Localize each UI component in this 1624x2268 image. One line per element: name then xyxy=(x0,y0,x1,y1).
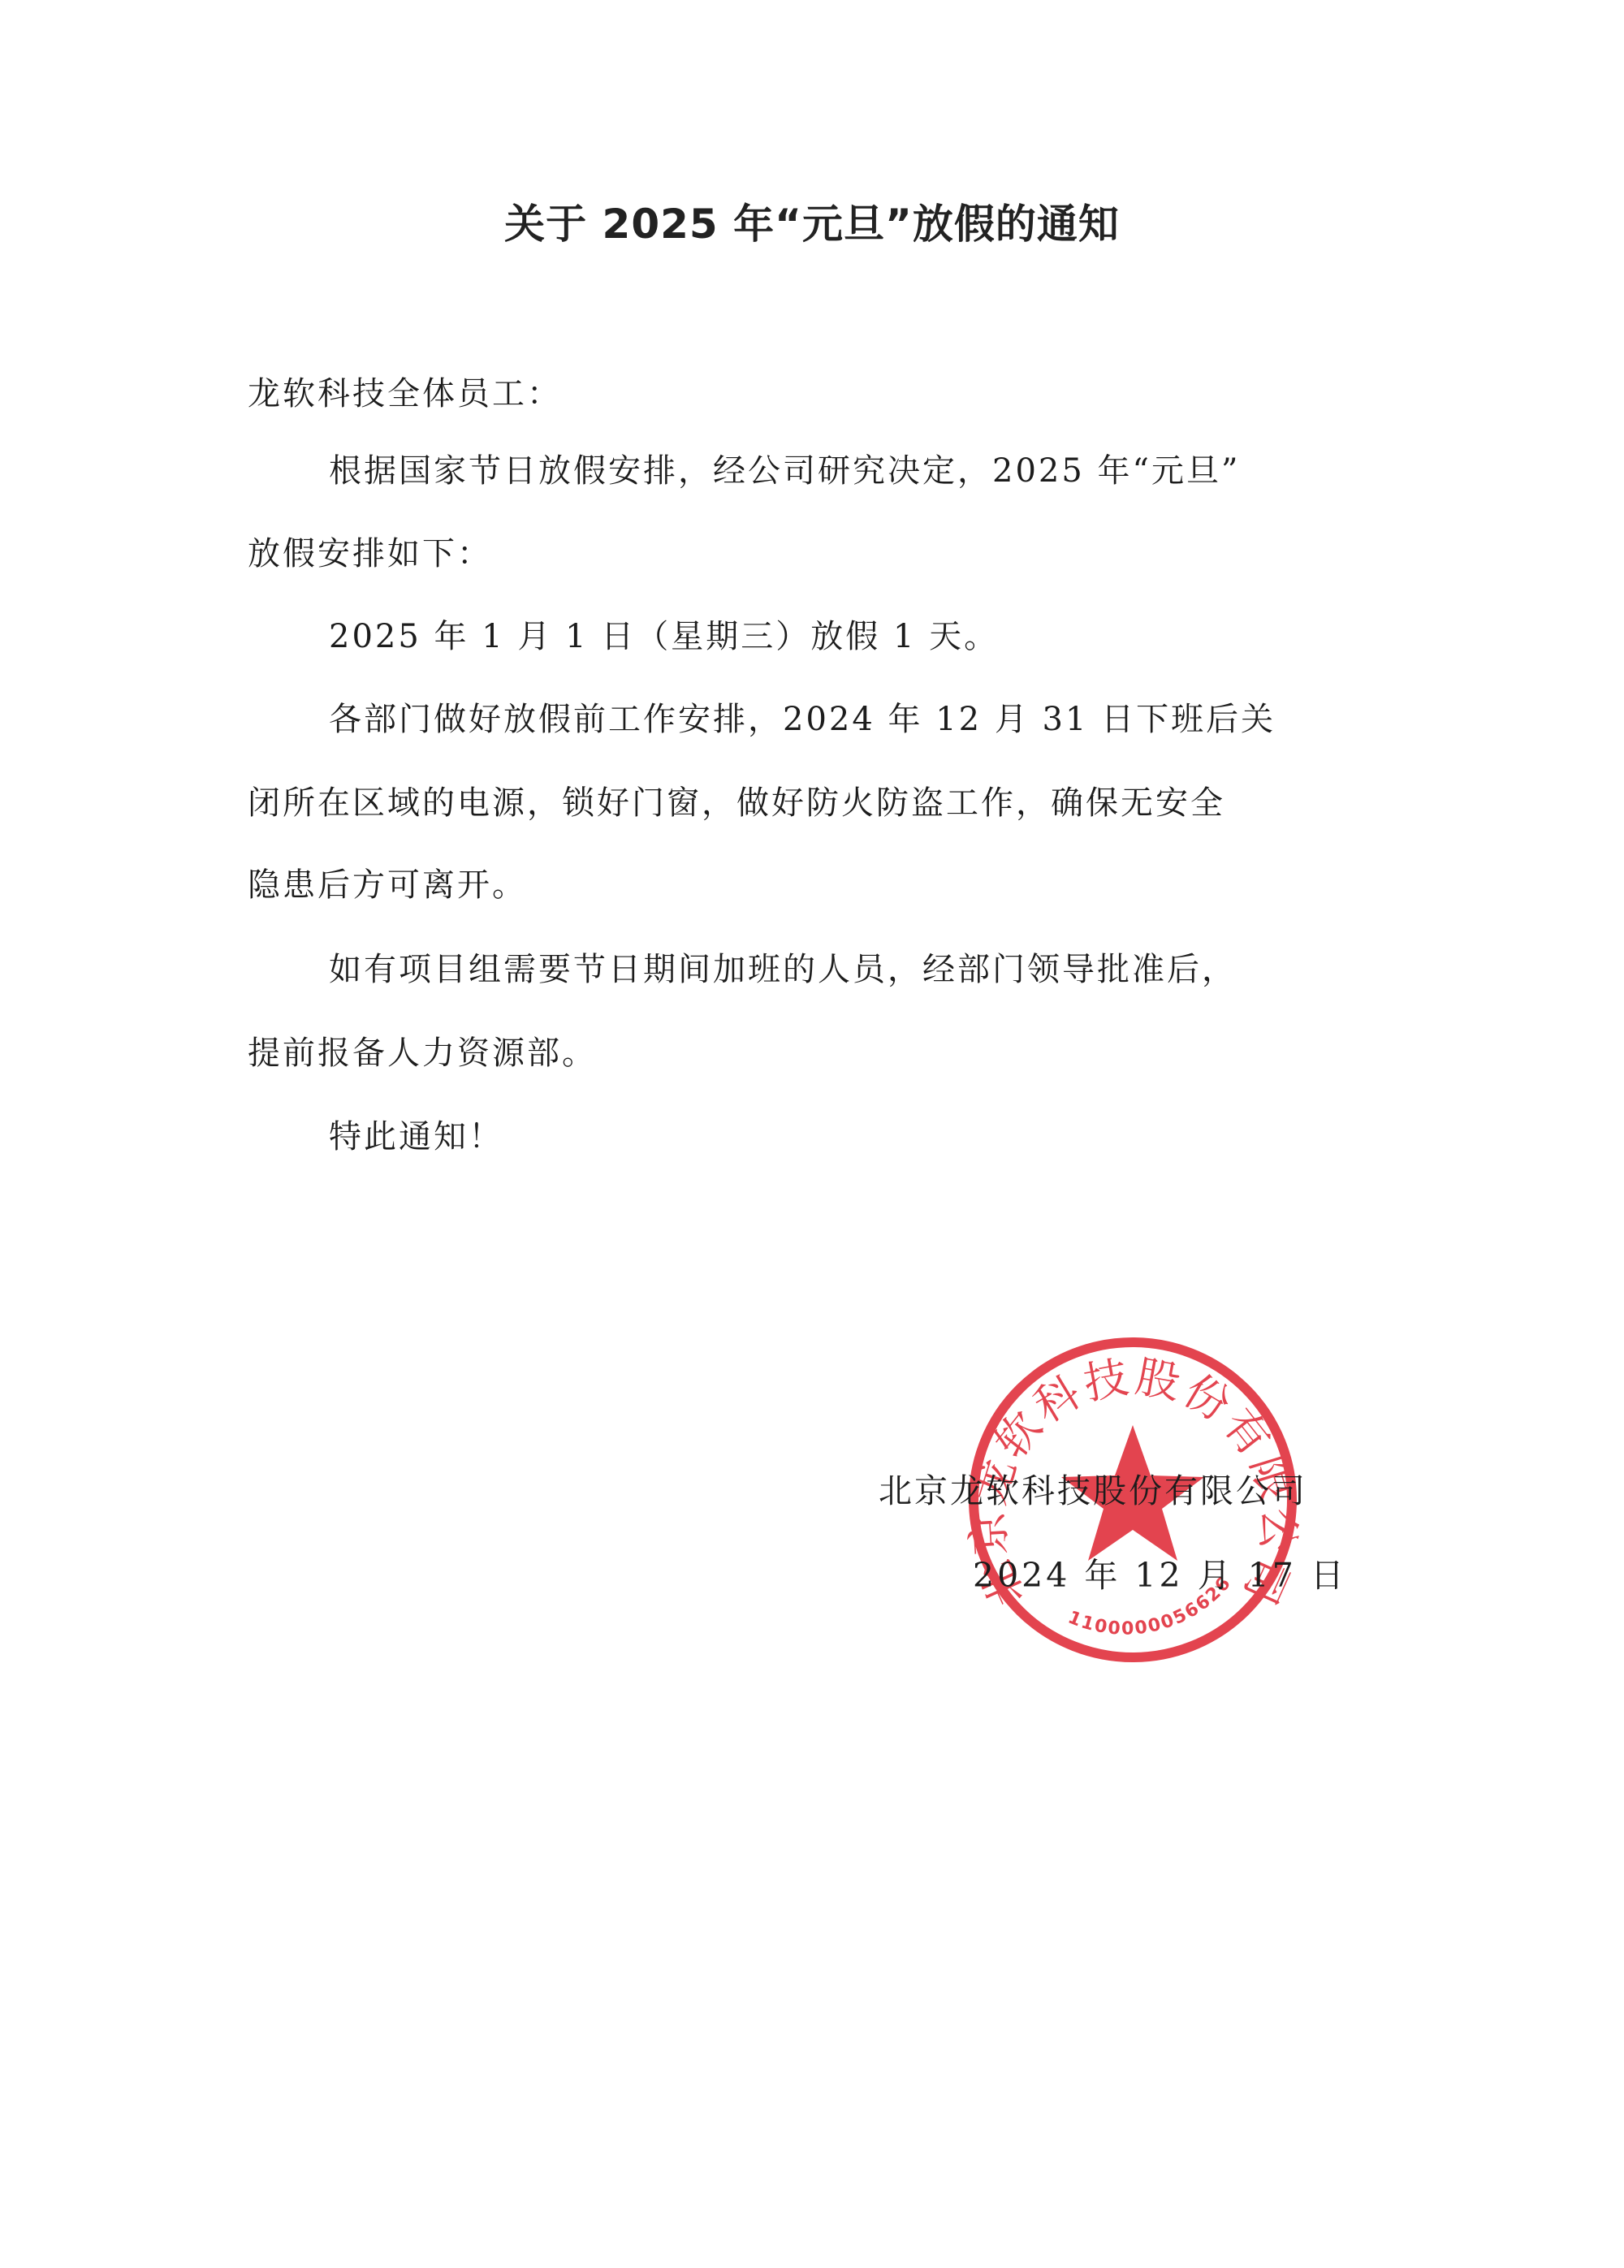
document-title: 关于 2025 年“元旦”放假的通知 xyxy=(0,192,1624,250)
paragraph-1-line-1: 根据国家节日放假安排，经公司研究决定，2025 年“元旦” xyxy=(329,451,1240,490)
signature-date: 2024 年 12 月 17 日 xyxy=(973,1556,1347,1595)
paragraph-3-line-1: 各部门做好放假前工作安排，2024 年 12 月 31 日下班后关 xyxy=(329,700,1276,739)
paragraph-4-line-1: 如有项目组需要节日期间加班的人员，经部门领导批准后， xyxy=(329,950,1237,989)
paragraph-3-line-3: 隐患后方可离开。 xyxy=(248,866,527,905)
signature-company: 北京龙软科技股份有限公司 xyxy=(879,1471,1307,1510)
paragraph-5-line-1: 特此通知！ xyxy=(329,1117,503,1156)
paragraph-1-line-2: 放假安排如下： xyxy=(248,534,492,573)
paragraph-4-line-2: 提前报备人力资源部。 xyxy=(248,1034,597,1073)
paragraph-2-line-1: 2025 年 1 月 1 日（星期三）放假 1 天。 xyxy=(329,617,999,656)
paragraph-3-line-2: 闭所在区域的电源，锁好门窗，做好防火防盗工作，确保无安全 xyxy=(248,784,1225,823)
greeting: 龙软科技全体员工： xyxy=(248,374,562,413)
